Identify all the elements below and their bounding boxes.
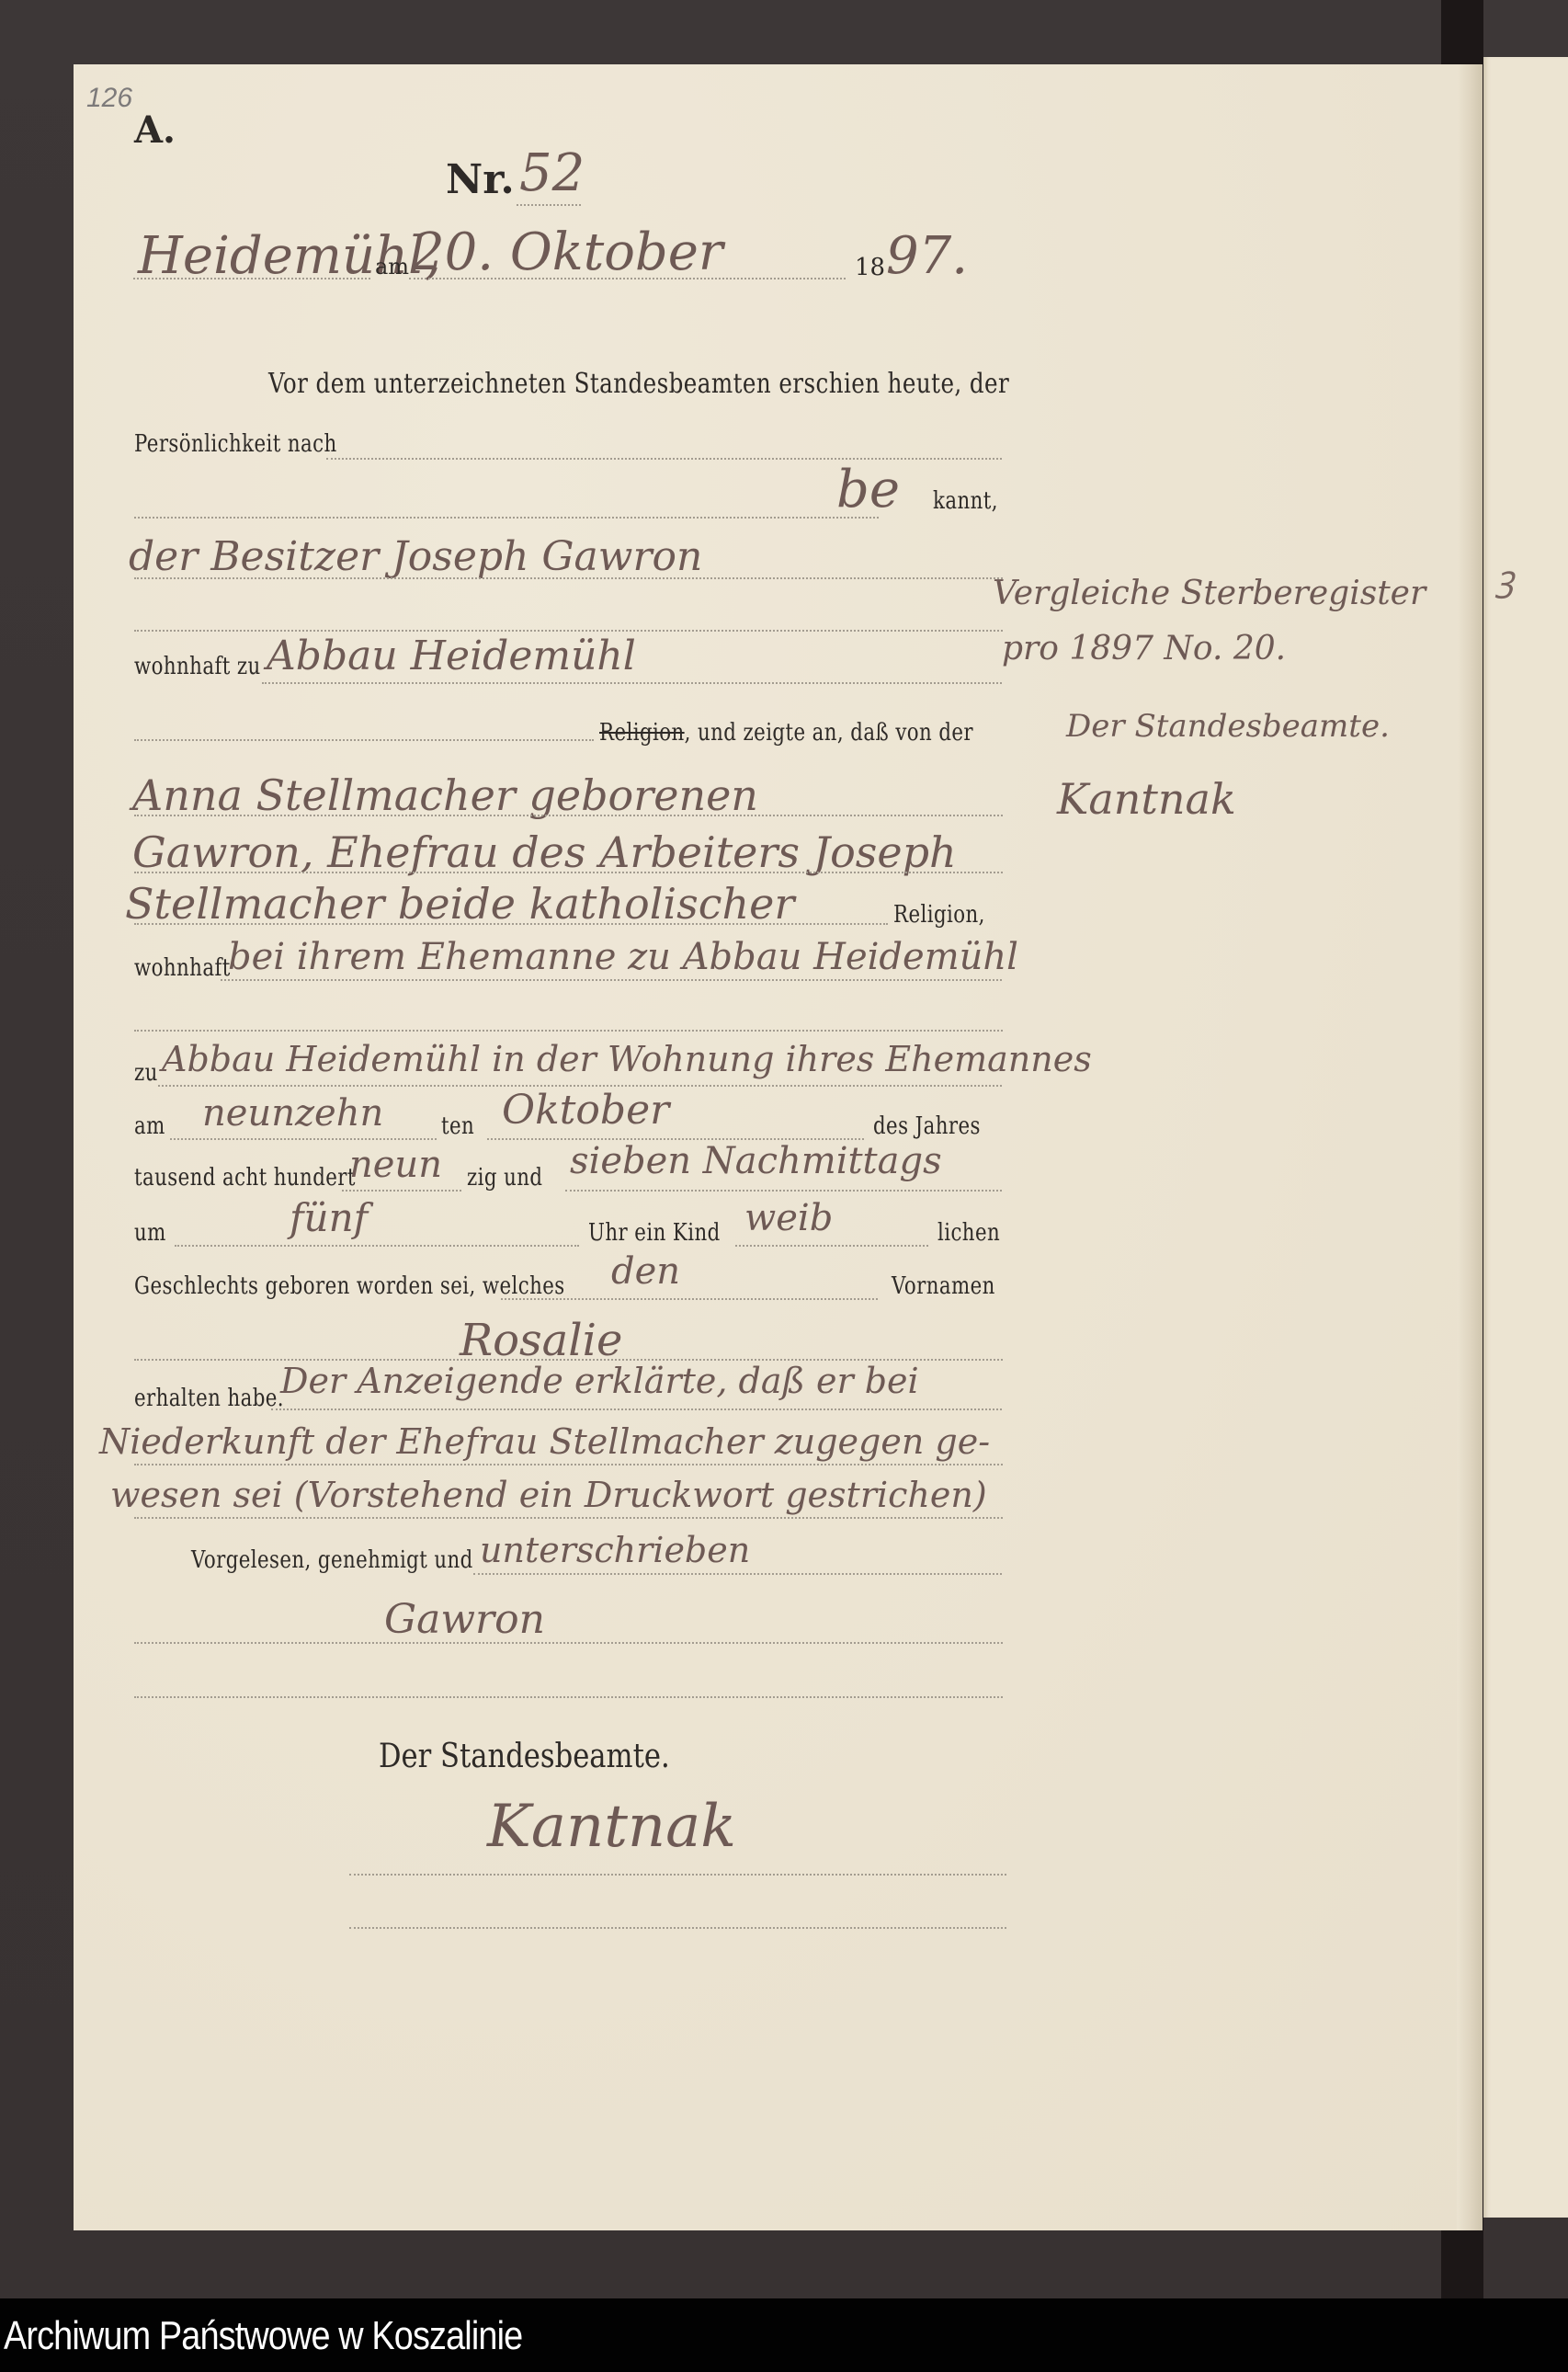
archive-name: Archiwum Państwowe w Koszalinie — [4, 2313, 522, 2359]
form-label-zu: zu — [134, 1059, 158, 1087]
form-label-residence: wohnhaft zu — [134, 653, 261, 680]
mother-residence-handwritten: bei ihrem Ehemanne zu Abbau Heidemühl — [228, 936, 1018, 978]
archive-footer: Archiwum Państwowe w Koszalinie — [0, 2298, 1568, 2372]
year-handwritten: 97. — [886, 226, 968, 286]
form-label-residence-mother: wohnhaft — [134, 954, 231, 982]
birth-year-unit-handwritten: sieben Nachmittags — [570, 1140, 942, 1182]
form-label-am: am — [134, 1112, 165, 1140]
form-text-intro: Vor dem unterzeichneten Standesbeamten e… — [268, 368, 1009, 400]
margin-page-number: 126 — [86, 83, 132, 114]
form-text-ten: ten — [441, 1112, 474, 1140]
article-handwritten: den — [611, 1250, 680, 1293]
facing-page: ꝫ — [1483, 57, 1568, 2218]
dotted-line — [735, 1245, 928, 1247]
dotted-line — [134, 739, 594, 741]
record-number: 52 — [519, 143, 585, 203]
declarant-handwritten: der Besitzer Joseph Gawron — [129, 533, 702, 580]
dotted-line — [517, 204, 581, 206]
page-fold-shadow — [1457, 64, 1483, 2230]
date-prefix: am — [375, 254, 409, 279]
struck-word: Religion — [599, 719, 685, 747]
dotted-line — [326, 458, 1002, 460]
form-text-reported: , und zeigte an, daß von der — [685, 719, 973, 747]
dotted-line — [133, 278, 370, 279]
margin-note-line1: Vergleiche Sterberegister — [993, 575, 1426, 612]
margin-note-line2: pro 1897 No. 20. — [1002, 630, 1286, 667]
signed-handwritten: unterschrieben — [480, 1530, 750, 1570]
remark-handwritten-1: Der Anzeigende erklärte, daß er bei — [280, 1361, 919, 1401]
religion-handwritten: Stellmacher beide katholischer — [125, 879, 794, 929]
handwritten-be: be — [836, 460, 900, 519]
register-type: A. — [134, 108, 176, 152]
birth-place-handwritten: Abbau Heidemühl in der Wohnung ihres Ehe… — [162, 1039, 1092, 1079]
dotted-line — [342, 1190, 461, 1192]
margin-note-line3: Der Standesbeamte. — [1066, 708, 1390, 745]
dotted-line — [134, 1464, 1003, 1465]
form-text-erhalten: erhalten habe. — [134, 1385, 284, 1412]
declarant-signature: Gawron — [384, 1596, 545, 1643]
register-page: 126 A. Nr. 52 Heidemühl, am 20. Oktober … — [74, 64, 1483, 2230]
dotted-line — [175, 1245, 579, 1247]
form-text-des-jahres: des Jahres — [873, 1112, 981, 1140]
date-handwritten: 20. Oktober — [412, 222, 723, 282]
form-text-kannt: kannt, — [933, 487, 998, 515]
dotted-line — [409, 278, 846, 279]
form-label-identity: Persönlichkeit nach — [134, 430, 337, 458]
birth-month-handwritten: Oktober — [502, 1087, 669, 1134]
dotted-line — [134, 923, 888, 925]
dotted-line — [473, 1573, 1002, 1575]
remark-handwritten-2: Niederkunft der Ehefrau Stellmacher zuge… — [99, 1421, 990, 1462]
form-text-lichen: lichen — [937, 1219, 1000, 1247]
mother-name-handwritten: Anna Stellmacher geborenen — [132, 770, 758, 820]
birth-hour-handwritten: fünf — [290, 1195, 368, 1240]
form-text-year: tausend acht hundert — [134, 1164, 356, 1192]
form-text-born: Geschlechts geboren worden sei, welches — [134, 1272, 565, 1300]
birth-year-decade-handwritten: neun — [349, 1144, 442, 1186]
mother-details-handwritten: Gawron, Ehefrau des Arbeiters Joseph — [132, 827, 957, 877]
birth-day-handwritten: neunzehn — [202, 1092, 383, 1135]
form-text-vornamen: Vornamen — [892, 1272, 995, 1300]
dotted-line — [134, 517, 879, 519]
record-number-label: Nr. — [446, 156, 515, 203]
dotted-line — [134, 815, 1003, 816]
margin-note-signature: Kantnak — [1057, 774, 1236, 824]
dotted-line — [134, 577, 1003, 579]
form-text-religion: Religion, — [893, 901, 985, 929]
form-text-religion-struck: Religion, und zeigte an, daß von der — [599, 719, 973, 747]
dotted-line — [134, 630, 1003, 632]
form-text-vorgelesen: Vorgelesen, genehmigt und — [191, 1546, 473, 1574]
dotted-line — [134, 1642, 1003, 1644]
official-title: Der Standesbeamte. — [379, 1738, 670, 1775]
year-printed: 18 — [855, 254, 885, 281]
remark-handwritten-3: wesen sei (Vorstehend ein Druckwort gest… — [110, 1475, 987, 1515]
dotted-line — [134, 1696, 1003, 1698]
dotted-line — [170, 1138, 437, 1140]
dotted-line — [262, 682, 1002, 684]
dotted-line — [501, 1298, 878, 1300]
child-sex-handwritten: weib — [744, 1197, 833, 1239]
dotted-line — [221, 979, 1002, 981]
dotted-line — [134, 872, 1003, 873]
residence-handwritten: Abbau Heidemühl — [267, 633, 636, 679]
dotted-line — [565, 1190, 1002, 1192]
dotted-line — [271, 1408, 1002, 1410]
form-label-um: um — [134, 1219, 166, 1247]
form-text-zig-und: zig und — [467, 1164, 542, 1192]
dotted-line — [134, 1030, 1003, 1032]
dotted-line — [349, 1927, 1006, 1929]
dotted-line — [349, 1874, 1006, 1876]
official-signature: Kantnak — [487, 1793, 736, 1861]
dotted-line — [134, 1517, 1003, 1519]
form-text-uhr-kind: Uhr ein Kind — [588, 1219, 721, 1247]
facing-page-fragment: ꝫ — [1496, 553, 1514, 601]
